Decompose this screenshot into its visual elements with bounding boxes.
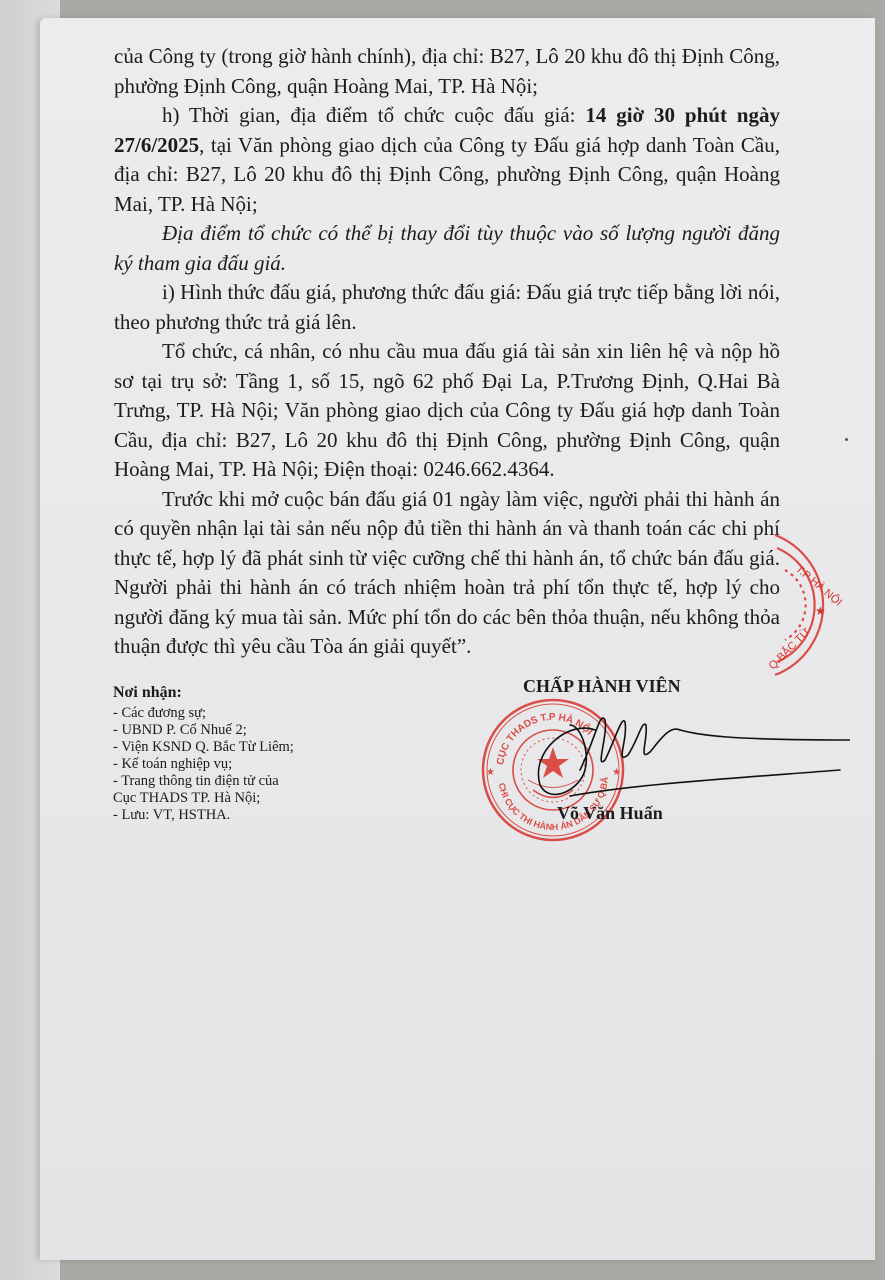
paragraph-location-note: Địa điểm tổ chức có thể bị thay đổi tùy …: [114, 219, 780, 278]
signature-icon: [510, 700, 850, 810]
document-body: của Công ty (trong giờ hành chính), địa …: [114, 42, 780, 662]
speck: [845, 438, 848, 441]
recipients-title: Nơi nhận:: [113, 684, 353, 701]
recipient-item: - Các đương sự;: [113, 705, 353, 722]
recipient-item: Cục THADS TP. Hà Nội;: [113, 790, 353, 807]
paragraph-auction-time: h) Thời gian, địa điểm tổ chức cuộc đấu …: [114, 101, 780, 219]
recipient-item: - Trang thông tin điện tử của: [113, 773, 353, 790]
stamp-edge-icon: T.P HÀ NỘI ★ Q.BẮC TỪ: [755, 530, 885, 680]
paragraph-contact: Tổ chức, cá nhân, có nhu cầu mua đấu giá…: [114, 337, 780, 485]
paragraph-redemption: Trước khi mở cuộc bán đấu giá 01 ngày là…: [114, 485, 780, 662]
svg-text:★: ★: [815, 604, 826, 618]
recipient-item: - UBND P. Cổ Nhuế 2;: [113, 722, 353, 739]
signer-name: Võ Văn Huấn: [557, 803, 663, 824]
recipient-item: - Lưu: VT, HSTHA.: [113, 807, 353, 824]
recipients-block: Nơi nhận: - Các đương sự; - UBND P. Cổ N…: [113, 684, 353, 824]
paragraph-office-address: của Công ty (trong giờ hành chính), địa …: [114, 42, 780, 101]
signer-title: CHẤP HÀNH VIÊN: [523, 676, 681, 697]
recipient-item: - Viện KSND Q. Bắc Từ Liêm;: [113, 739, 353, 756]
svg-text:★: ★: [486, 767, 495, 778]
recipient-item: - Kế toán nghiệp vụ;: [113, 756, 353, 773]
paragraph-auction-method: i) Hình thức đấu giá, phương thức đấu gi…: [114, 278, 780, 337]
svg-text:Q.BẮC TỪ: Q.BẮC TỪ: [766, 625, 813, 672]
